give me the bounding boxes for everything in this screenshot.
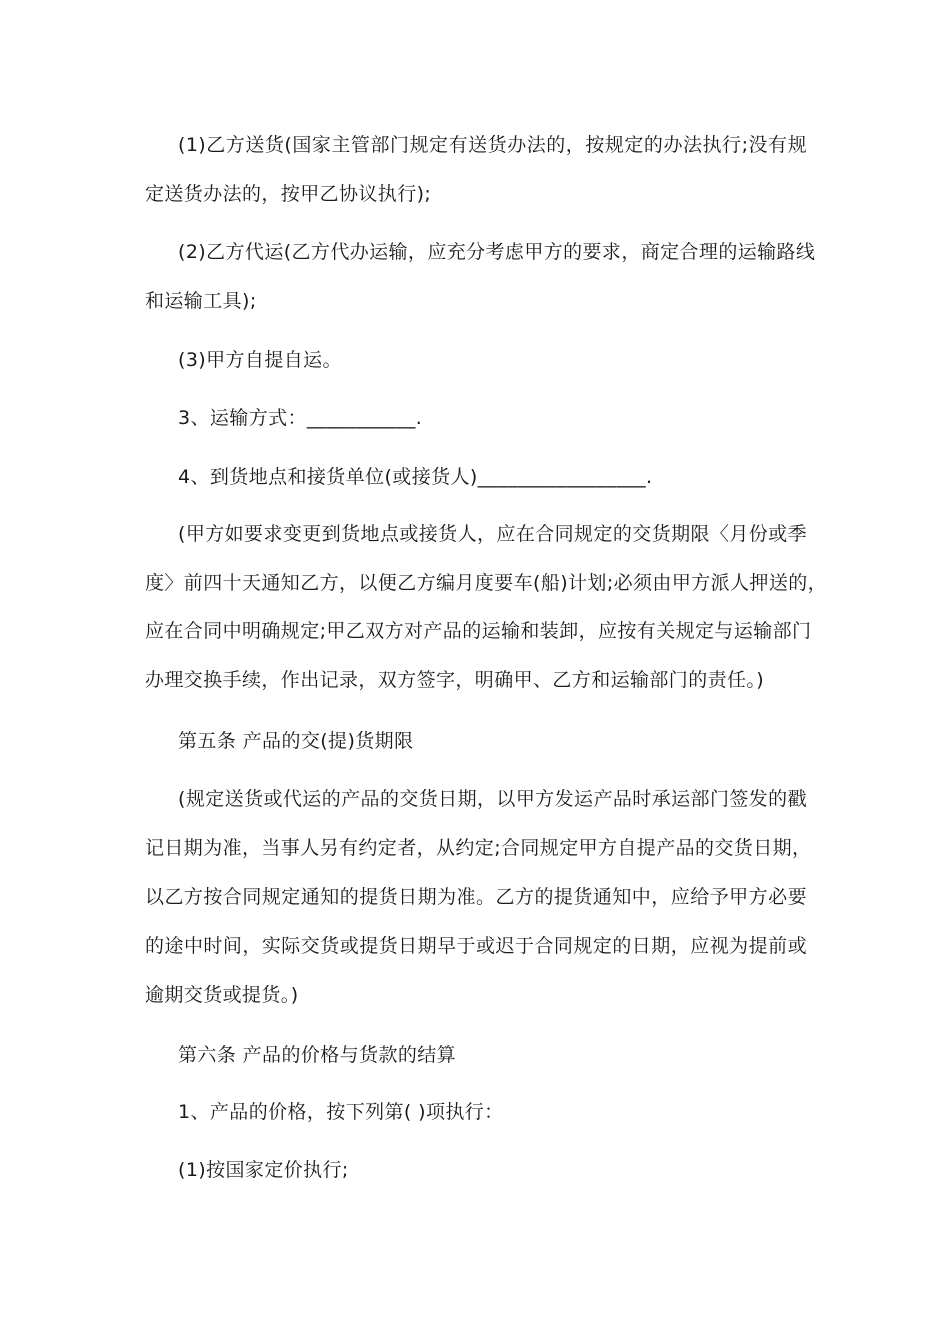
article-6-heading: 第六条 产品的价格与货款的结算 [178, 1040, 807, 1070]
arrival-location-clause: 4、到货地点和接货单位(或接货人)_________________. [178, 462, 807, 492]
paragraph-delivery-option-2-line-2: 和运输工具); [145, 286, 807, 316]
paragraph-delivery-option-1-line-1: (1)乙方送货(国家主管部门规定有送货办法的，按规定的办法执行;没有规 [178, 130, 807, 160]
price-clause: 1、产品的价格，按下列第( )项执行： [178, 1097, 807, 1127]
transport-method-clause: 3、运输方式：___________. [178, 403, 807, 433]
paragraph-change-note-line-3: 应在合同中明确规定;甲乙双方对产品的运输和装卸，应按有关规定与运输部门 [145, 616, 807, 646]
paragraph-change-note-line-1: (甲方如要求变更到货地点或接货人，应在合同规定的交货期限〈月份或季 [178, 519, 807, 549]
paragraph-article-5-line-2: 记日期为准，当事人另有约定者，从约定;合同规定甲方自提产品的交货日期， [145, 833, 807, 863]
article-5-heading: 第五条 产品的交(提)货期限 [178, 726, 807, 756]
paragraph-article-5-line-3: 以乙方按合同规定通知的提货日期为准。乙方的提货通知中，应给予甲方必要 [145, 882, 807, 912]
paragraph-delivery-option-1-line-2: 定送货办法的，按甲乙协议执行); [145, 179, 807, 209]
paragraph-change-note-line-4: 办理交换手续，作出记录，双方签字，明确甲、乙方和运输部门的责任。) [145, 665, 807, 695]
document-page: (1)乙方送货(国家主管部门规定有送货办法的，按规定的办法执行;没有规 定送货办… [0, 0, 950, 1344]
price-option-1: (1)按国家定价执行; [178, 1155, 807, 1185]
paragraph-article-5-line-1: (规定送货或代运的产品的交货日期，以甲方发运产品时承运部门签发的戳 [178, 784, 807, 814]
paragraph-delivery-option-3: (3)甲方自提自运。 [178, 345, 807, 375]
paragraph-change-note-line-2: 度〉前四十天通知乙方，以便乙方编月度要车(船)计划;必须由甲方派人押送的， [145, 568, 807, 598]
paragraph-delivery-option-2-line-1: (2)乙方代运(乙方代办运输，应充分考虑甲方的要求，商定合理的运输路线 [178, 237, 807, 267]
paragraph-article-5-line-5: 逾期交货或提货。) [145, 980, 807, 1010]
paragraph-article-5-line-4: 的途中时间，实际交货或提货日期早于或迟于合同规定的日期，应视为提前或 [145, 931, 807, 961]
